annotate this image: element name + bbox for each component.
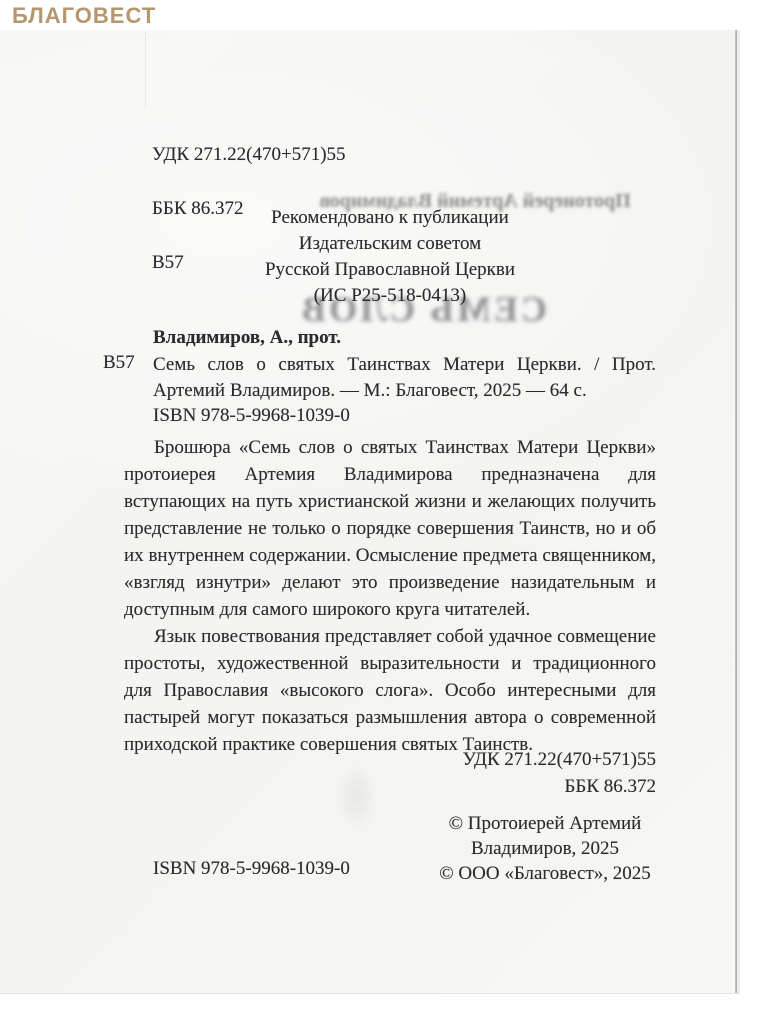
scan-fold-mark	[145, 32, 146, 108]
copyright-author-line-1: © Протоиерей Артемий	[430, 811, 660, 836]
book-imprint-page-scan: Протоиерей Артемий Владимиров СЕМЬ СЛОВ …	[0, 30, 740, 994]
catalog-entry-code: В57	[103, 352, 135, 374]
store-logo: БЛАГОВЕСТ	[12, 3, 156, 29]
screenshot-root: БЛАГОВЕСТ Протоиерей Артемий Владимиров …	[0, 0, 768, 1024]
copyright-publisher: © ООО «Благовест», 2025	[430, 861, 660, 886]
annotation-paragraph-2: Язык повествования представляет собой уд…	[124, 623, 656, 758]
catalog-author-heading: Владимиров, А., прот.	[153, 327, 341, 349]
bbk-number-repeat: ББК 86.372	[400, 773, 656, 800]
recommendation-line-3: Русской Православной Церкви	[155, 257, 625, 283]
recommendation-approval-number: (ИС Р25-518-0413)	[155, 283, 625, 309]
udc-number: УДК 271.22(470+571)55	[152, 141, 346, 168]
copyright-author-line-2: Владимиров, 2025	[430, 836, 660, 861]
recommendation-block: Рекомендовано к публикации Издательским …	[155, 205, 625, 309]
copyright-block: © Протоиерей Артемий Владимиров, 2025 © …	[430, 811, 660, 886]
isbn-top: ISBN 978-5-9968-1039-0	[153, 405, 350, 427]
udc-number-repeat: УДК 271.22(470+571)55	[400, 746, 656, 773]
catalog-entry-description: Семь слов о святых Таинствах Матери Церк…	[153, 352, 656, 404]
recommendation-line-1: Рекомендовано к публикации	[155, 205, 625, 231]
page-right-edge-highlight	[737, 30, 740, 993]
annotation-paragraph-1: Брошюра «Семь слов о святых Таинствах Ма…	[124, 434, 656, 623]
udc-bbk-repeat-block: УДК 271.22(470+571)55 ББК 86.372	[400, 746, 656, 800]
recommendation-line-2: Издательским советом	[155, 231, 625, 257]
isbn-bottom: ISBN 978-5-9968-1039-0	[153, 858, 350, 880]
annotation-block: Брошюра «Семь слов о святых Таинствах Ма…	[124, 434, 656, 758]
store-watermark-band: БЛАГОВЕСТ	[0, 0, 768, 30]
